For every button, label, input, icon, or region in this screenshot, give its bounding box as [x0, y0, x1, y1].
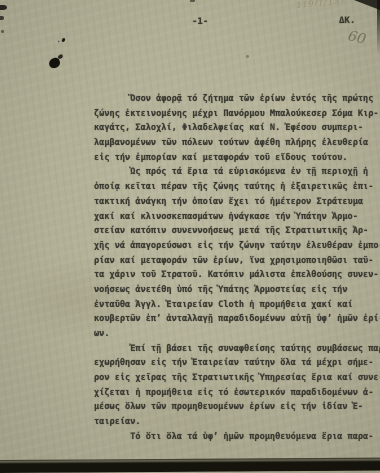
scan-bottom-edge [0, 458, 380, 473]
text-line: εχωρήθησαν εἰς τήν Ἑταιρείαν ταύτην ὅλα … [94, 356, 370, 371]
text-line: καγάτς, Σαλοχλί, Φιλαδελφείας καί Ν. Ἐφέ… [94, 121, 370, 136]
text-line: ὁποίᾳ κεῖται πέραν τῆς ζώνης ταύτης ἡ ἐξ… [94, 180, 370, 195]
text-line: ζώνης ἐκτεινομένης μέχρι Πανόρμου Μπαλού… [94, 107, 370, 122]
text-line: κουβερτῶν ἐπ’ ἀνταλλαγῇ παραδιδομένων αὐ… [94, 312, 370, 327]
text-line: χῆς νά ἀπαγορεύσωσι εἰς τήν ζώνην ταύτην… [94, 239, 370, 254]
text-line: Ὅσον ἀφορᾷ τό ζήτημα τῶν ἐρίων ἐντός τῆς… [94, 92, 370, 107]
text-line: ταιρείαν. [94, 415, 370, 430]
text-line: τακτική ἀνάγκη τήν ὁποίαν ἔχει τό ἡμέτερ… [94, 195, 370, 210]
text-line: εἰς τήν ἐμπορίαν καί μεταφοράν τοῦ εἴδου… [94, 151, 370, 166]
document-body: Ὅσον ἀφορᾷ τό ζήτημα τῶν ἐρίων ἐντός τῆς… [94, 92, 370, 445]
text-line: μέσως ὅλων τῶν προμηθευομένων ἐρίων εἰς … [94, 400, 370, 415]
text-line: Τό ὅτι ὅλα τά ὑφ’ ἡμῶν προμηθευόμενα ἔρι… [94, 430, 370, 445]
text-line: ρον εἰς χεῖρας τῆς Στρατιωτικῆς Ὑπηρεσία… [94, 371, 370, 386]
text-line: ων. [94, 327, 370, 342]
text-line: νοήσεως ἀνετέθη ὑπό τῆς Ὑπάτης Ἁρμοστεία… [94, 283, 370, 298]
text-line: τα χάριν τοῦ Στρατοῦ. Κατόπιν μάλιστα ἐπ… [94, 268, 370, 283]
header-initials: ΔΚ. [339, 16, 355, 26]
left-edge-speck [0, 5, 7, 10]
text-line: χακί καί κλινοσκεπασμάτων ἠνάγκασε τήν Ὑ… [94, 210, 370, 225]
text-line: ρίαν καί μεταφοράν τῶν ἐρίων, ἵνα χρησιμ… [94, 254, 370, 269]
page-number: -1- [192, 17, 208, 27]
paper-stain-dot [246, 55, 249, 58]
left-edge-speck [1, 30, 4, 33]
top-edge-speck [190, 0, 195, 2]
text-line: Ὡς πρός τά ἔρια τά εὑρισκόμενα ἐν τῇ περ… [94, 165, 370, 180]
text-line: λαμβανομένων τῶν πόλεων τούτων ἀφέθη πλή… [94, 136, 370, 151]
text-line: ἐνταῦθα Ἀγγλ. Ἑταιρείαν Cloth ἡ προμήθει… [94, 298, 370, 313]
text-line: χίζεται ἡ προμήθεια εἰς τό ἐσωτερικόν πα… [94, 386, 370, 401]
text-line: στείαν κατόπιν συνεννοήσεως μετά τῆς Στρ… [94, 224, 370, 239]
left-edge-speck [0, 16, 4, 20]
text-line: Ἐπί τῇ βάσει τῆς συναφθείσης ταύτης συμβ… [94, 342, 370, 357]
